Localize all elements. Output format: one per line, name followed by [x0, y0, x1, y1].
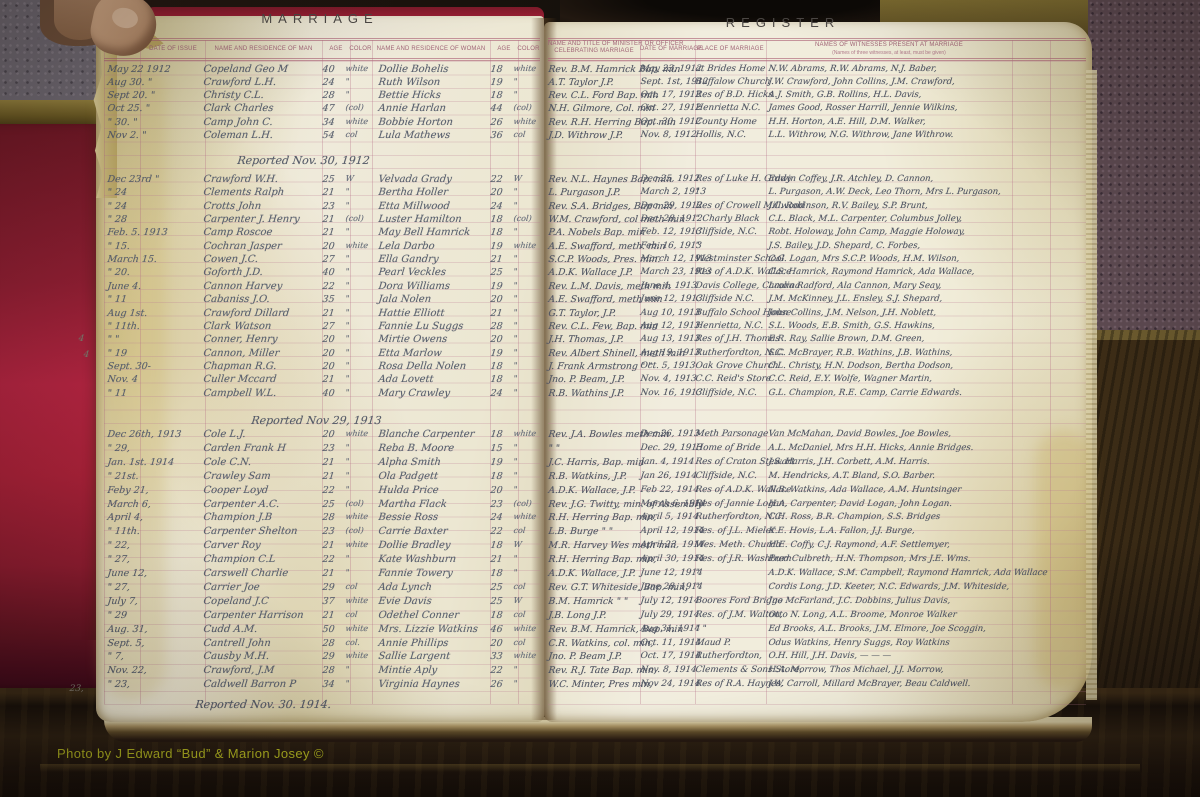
entry-man-color: white — [345, 64, 368, 73]
entry-woman-color: (col) — [513, 499, 532, 508]
entry-witnesses: J.W. Carroll, Millard McBrayer, Beau Cal… — [768, 679, 971, 689]
entry-man-color: white — [345, 540, 368, 549]
entry-man-color: W — [345, 174, 354, 183]
entry-woman-age: 19 — [490, 281, 503, 292]
entry-woman-color: " — [513, 554, 518, 563]
entry-witnesses: H.A. Morrow, Thos Michael, J.J. Morrow, — [768, 665, 944, 675]
entry-man-color: white — [345, 624, 368, 633]
entry-woman-name: Dollie Bradley — [378, 540, 451, 551]
entry-minister: L. Purgason J.P. — [548, 187, 621, 198]
entry-woman-age: 46 — [490, 624, 503, 635]
entry-man-color: col — [345, 610, 358, 619]
entry-witnesses: J.C. Robinson, R.V. Bailey, S.P. Brunt, — [768, 201, 928, 211]
entry-date-of-marriage: Oct. 17, 1912 — [640, 90, 702, 100]
entry-woman-color: " — [513, 227, 518, 236]
entry-man-name: Crawley Sam — [203, 471, 271, 482]
entry-man-color: " — [345, 388, 350, 397]
entry-man-name: Champion J.B — [203, 512, 273, 523]
entry-witnesses: John Collins, J.M. Nelson, J.H. Noblett, — [768, 308, 937, 318]
entry-woman-name: Etta Millwood — [378, 201, 450, 212]
entry-woman-color: white — [513, 624, 536, 633]
entry-date-of-issue: June 12, — [107, 568, 148, 579]
entry-man-name: Crawford Dillard — [203, 308, 290, 319]
entry-man-name: Causby M.H. — [203, 651, 270, 662]
entry-man-color: (col) — [345, 103, 364, 112]
entry-date-of-marriage: Jan. 4, 1914 — [640, 457, 695, 467]
entry-man-age: 28 — [322, 665, 335, 676]
entry-date-of-issue: Nov. 22, — [107, 665, 148, 676]
entry-place-of-marriage: at Brides Home — [695, 64, 766, 74]
entry-date-of-marriage: Feb. 16, 1913 — [640, 241, 702, 251]
entry-date-of-issue: " 28 — [107, 214, 128, 225]
entry-woman-name: Bessie Ross — [378, 512, 439, 523]
entry-woman-name: Lela Darbo — [378, 241, 435, 252]
entry-woman-age: 18 — [490, 610, 503, 621]
entry-man-age: 34 — [322, 117, 335, 128]
entry-date-of-issue: Dec 23rd " — [107, 174, 160, 185]
entry-man-age: 22 — [322, 485, 335, 496]
entry-date-of-issue: Dec 26th, 1913 — [107, 429, 182, 440]
entry-woman-color: " — [513, 679, 518, 688]
entry-man-name: Cudd A.M. — [203, 624, 258, 635]
entry-witnesses: H.A. Carpenter, David Logan, John Logan. — [768, 499, 953, 509]
entry-date-of-issue: Aug 30. " — [107, 77, 153, 88]
entry-woman-age: 22 — [490, 174, 503, 185]
entry-man-color: " — [345, 267, 350, 276]
entry-woman-name: Martha Flack — [378, 499, 447, 510]
entry-date-of-issue: " 20. — [107, 267, 131, 278]
entry-man-name: Carpenter Shelton — [203, 526, 298, 537]
entry-man-color: " — [345, 679, 350, 688]
entry-woman-name: Virginia Haynes — [378, 679, 460, 690]
entry-woman-color: " — [513, 443, 518, 452]
entry-woman-color: " — [513, 471, 518, 480]
entry-reported-line: Reported Nov 29, 1913 — [251, 414, 383, 427]
entry-man-color: " — [345, 227, 350, 236]
entry-witnesses: Odus Watkins, Henry Suggs, Roy Watkins — [768, 638, 950, 648]
entry-man-name: Conner, Henry — [203, 334, 278, 345]
entry-man-color: col — [345, 582, 358, 591]
entry-woman-name: Hulda Price — [378, 485, 439, 496]
entry-woman-name: Ada Lovett — [378, 374, 434, 385]
entry-witnesses: K.E. Hovis, L.A. Fallon, J.J. Burge, — [768, 526, 915, 536]
entry-date-of-issue: " 27, — [107, 554, 131, 565]
entry-man-name: Cantrell John — [203, 638, 271, 649]
entry-place-of-marriage: Cliffside, N.C. — [695, 471, 758, 481]
entry-place-of-marriage: " Charly Black — [695, 214, 760, 224]
entry-man-name: Cole L.J. — [203, 429, 246, 440]
entry-woman-age: 26 — [490, 117, 503, 128]
entry-woman-age: 19 — [490, 77, 503, 88]
entry-man-name: Cochran Jasper — [203, 241, 282, 252]
entry-date-of-marriage: Oct. 5, 1913 — [640, 361, 696, 371]
entry-place-of-marriage: Cliffside, N.C. — [695, 227, 758, 237]
entry-woman-name: Blanche Carpenter — [378, 429, 475, 440]
entry-man-name: Culler Mccard — [203, 374, 277, 385]
entry-man-age: 29 — [322, 651, 335, 662]
entry-place-of-marriage: Henrietta N.C. — [695, 103, 761, 113]
entry-date-of-marriage: Oct. 27, 1912 — [640, 103, 702, 113]
entry-man-age: 21 — [322, 214, 335, 225]
entry-man-color: " — [345, 321, 350, 330]
entry-man-age: 28 — [322, 638, 335, 649]
entry-witnesses: S.L. Woods, E.B. Smith, G.S. Hawkins, — [768, 321, 935, 331]
entry-man-age: 22 — [322, 554, 335, 565]
entry-man-age: 40 — [322, 64, 335, 75]
entry-woman-color: " — [513, 388, 518, 397]
entry-man-age: 35 — [322, 294, 335, 305]
entry-man-name: Clark Charles — [203, 103, 274, 114]
entry-place-of-marriage: Home of Bride — [695, 443, 761, 453]
entry-date-of-issue: " 11 — [107, 388, 128, 399]
entry-date-of-issue: July 7, — [107, 596, 139, 607]
entry-witnesses: C.H. Ross, B.R. Champion, S.S. Bridges — [768, 512, 941, 522]
entry-woman-color: " — [513, 665, 518, 674]
entry-date-of-marriage: July 29, 1914 — [640, 610, 700, 620]
entry-man-age: 23 — [322, 526, 335, 537]
entry-man-name: Coleman L.H. — [203, 130, 274, 141]
entry-man-name: Carver Roy — [203, 540, 261, 551]
entry-date-of-marriage: Aug 31, 1914 — [640, 624, 701, 634]
entry-place-of-marriage: County Home — [695, 117, 757, 127]
entry-date-of-issue: " 7, — [107, 651, 125, 662]
entry-margin-mark: 4 — [78, 334, 85, 344]
entry-minister: " " — [548, 443, 561, 454]
entry-man-age: 25 — [322, 174, 335, 185]
entry-man-age: 47 — [322, 103, 335, 114]
entry-man-name: Crawford W.H. — [203, 174, 279, 185]
entry-woman-age: 18 — [490, 540, 503, 551]
entry-man-age: 21 — [322, 457, 335, 468]
entry-man-age: 20 — [322, 361, 335, 372]
entry-date-of-issue: Aug. 31, — [107, 624, 148, 635]
entry-woman-name: Ola Padgett — [378, 471, 439, 482]
entry-woman-color: " — [513, 374, 518, 383]
entry-date-of-issue: " 11 — [107, 294, 128, 305]
entry-woman-color: " — [513, 308, 518, 317]
entry-date-of-issue: April 4, — [107, 512, 144, 523]
entry-man-age: 23 — [322, 443, 335, 454]
entry-woman-color: " — [513, 281, 518, 290]
entry-woman-age: 24 — [490, 512, 503, 523]
entry-woman-age: 21 — [490, 554, 503, 565]
entry-man-color: " — [345, 485, 350, 494]
entry-man-age: 21 — [322, 568, 335, 579]
entry-woman-name: Etta Marlow — [378, 348, 442, 359]
entry-woman-color: " — [513, 201, 518, 210]
entry-date-of-issue: Nov. 4 — [107, 374, 139, 385]
entry-minister: A.D.K. Wallace J.P. — [548, 267, 633, 278]
entry-man-age: 25 — [322, 499, 335, 510]
entry-date-of-marriage: Nov. 8, 1912 — [640, 130, 697, 140]
entry-woman-color: white — [513, 651, 536, 660]
entry-man-color: " — [345, 294, 350, 303]
entry-woman-age: 26 — [490, 679, 503, 690]
entry-date-of-marriage: June 28, 1914 — [640, 582, 703, 592]
entry-date-of-marriage: Feb. 12, 1913 — [640, 227, 702, 237]
entry-man-name: Chapman R.G. — [203, 361, 277, 372]
entry-man-name: Carden Frank H — [203, 443, 287, 454]
entry-margin-mark: 23, — [69, 684, 84, 694]
entry-witnesses: Otto N. Long, A.L. Broome, Monroe Walker — [768, 610, 957, 620]
entry-date-of-issue: " 23, — [107, 679, 131, 690]
entry-man-color: white — [345, 512, 368, 521]
entry-woman-name: Annie Harlan — [378, 103, 447, 114]
entry-woman-color: " — [513, 187, 518, 196]
entry-woman-name: Pearl Veckles — [378, 267, 447, 278]
entry-man-color: white — [345, 651, 368, 660]
entry-woman-name: Bertha Holler — [378, 187, 449, 198]
entry-woman-color: (col) — [513, 214, 532, 223]
entry-woman-color: " — [513, 457, 518, 466]
entry-place-of-marriage: " " — [695, 624, 707, 634]
entry-woman-age: 19 — [490, 348, 503, 359]
entry-man-color: col. — [345, 638, 360, 647]
entry-date-of-marriage: Aug 12, 1913 — [640, 321, 701, 331]
entry-man-age: 21 — [322, 374, 335, 385]
entry-minister: R.B. Watkins, J.P. — [548, 471, 628, 482]
entry-woman-color: white — [513, 241, 536, 250]
entry-witnesses: Fred Culbreth, H.N. Thompson, Mrs J.E. W… — [768, 554, 971, 564]
entry-woman-color: " — [513, 334, 518, 343]
entry-date-of-issue: " 24 — [107, 201, 128, 212]
entry-date-of-marriage: Oct. 11, 1914 — [640, 638, 702, 648]
entry-man-age: 22 — [322, 281, 335, 292]
entry-woman-color: W — [513, 596, 522, 605]
entry-man-age: 21 — [322, 308, 335, 319]
entry-woman-age: 15 — [490, 443, 503, 454]
entry-woman-color: white — [513, 117, 536, 126]
entry-woman-age: 44 — [490, 103, 503, 114]
entry-date-of-issue: Aug 1st. — [107, 308, 148, 319]
entry-man-name: Crawford, J.M — [203, 665, 275, 676]
entry-date-of-issue: " 11th. — [107, 526, 141, 537]
entry-man-age: 29 — [322, 582, 335, 593]
entry-woman-name: Ruth Wilson — [378, 77, 441, 88]
entry-man-age: 21 — [322, 610, 335, 621]
entry-place-of-marriage: Cliffside, N.C. — [695, 388, 758, 398]
entry-man-age: 20 — [322, 348, 335, 359]
entry-reported-line: Reported Nov. 30. 1914. — [195, 698, 332, 711]
entry-minister: A.T. Taylor J.P. — [548, 77, 614, 88]
entry-man-color: " — [345, 334, 350, 343]
entry-date-of-issue: " 15. — [107, 241, 131, 252]
entry-date-of-issue: " 11th. — [107, 321, 141, 332]
entry-woman-age: 18 — [490, 214, 503, 225]
entry-date-of-issue: " 29 — [107, 610, 128, 621]
entry-woman-name: Odethel Conner — [378, 610, 460, 621]
entry-man-age: 21 — [322, 187, 335, 198]
entry-woman-name: Hattie Elliott — [378, 308, 445, 319]
entry-witnesses: H.E. Coffy, C.J. Raymond, A.F. Settlemye… — [768, 540, 950, 550]
entry-woman-name: Dora Williams — [378, 281, 451, 292]
entry-woman-name: Jala Nolen — [378, 294, 432, 305]
entry-witnesses: James Good, Rosser Harrill, Jennie Wilki… — [768, 103, 958, 113]
entry-minister: Jno. P. Beam, J.P. — [548, 374, 625, 385]
entry-woman-color: " — [513, 77, 518, 86]
entry-man-name: Cannon, Miller — [203, 348, 280, 359]
entry-date-of-issue: May 22 1912 — [107, 64, 171, 75]
entry-man-name: Cabaniss J.O. — [203, 294, 270, 305]
entry-woman-age: 21 — [490, 308, 503, 319]
entry-woman-name: Kate Washburn — [378, 554, 457, 565]
entry-man-color: " — [345, 254, 350, 263]
entry-woman-color: " — [513, 361, 518, 370]
entry-man-age: 21 — [322, 540, 335, 551]
entry-date-of-marriage: Dec 25, 1912 — [640, 174, 700, 184]
entry-man-age: 20 — [322, 334, 335, 345]
entry-date-of-marriage: Aug 10, 1913 — [640, 308, 701, 318]
entry-woman-name: Luster Hamilton — [378, 214, 462, 225]
entry-woman-age: 19 — [490, 241, 503, 252]
entry-man-name: Camp Roscoe — [203, 227, 273, 238]
entry-woman-age: 23 — [490, 499, 503, 510]
entry-date-of-issue: March 6, — [107, 499, 152, 510]
entry-woman-name: Ada Lynch — [378, 582, 433, 593]
entry-woman-color: white — [513, 512, 536, 521]
handwritten-entries-layer: May 22 1912Copeland Geo M40whiteDollie B… — [0, 0, 1200, 797]
entry-date-of-issue: Nov 2. " — [107, 130, 147, 141]
entry-man-age: 27 — [322, 254, 335, 265]
entry-woman-age: 22 — [490, 665, 503, 676]
entry-witnesses: Edwin Coffey, J.R. Atchley, D. Cannon, — [768, 174, 934, 184]
entry-man-name: Clements Ralph — [203, 187, 285, 198]
entry-man-name: Copeland Geo M — [203, 64, 289, 75]
entry-minister: R.B. Wathins J.P. — [548, 388, 625, 399]
entry-man-name: Champion C.L — [203, 554, 276, 565]
entry-place-of-marriage: Rutherfordton, — [695, 651, 763, 661]
entry-date-of-marriage: June 12, 1914 — [640, 568, 703, 578]
entry-woman-age: 21 — [490, 254, 503, 265]
entry-woman-age: 36 — [490, 130, 503, 141]
entry-date-of-marriage: June 12, 1913 — [640, 294, 703, 304]
entry-man-age: 21 — [322, 471, 335, 482]
entry-man-age: 20 — [322, 429, 335, 440]
entry-man-age: 34 — [322, 679, 335, 690]
entry-date-of-marriage: Aug 19, 1913 — [640, 348, 701, 358]
entry-date-of-marriage: May 23, 1912 — [640, 64, 702, 74]
entry-minister: J. Frank Armstrong " " — [548, 361, 653, 372]
entry-witnesses: C.C. Reid, E.Y. Wolfe, Wagner Martin, — [768, 374, 933, 384]
entry-woman-name: Alpha Smith — [378, 457, 442, 468]
entry-man-name: Copeland J.C — [203, 596, 269, 607]
entry-witnesses: Laura Radford, Ala Cannon, Mary Seay, — [768, 281, 942, 291]
entry-woman-age: 25 — [490, 596, 503, 607]
entry-place-of-marriage: Henrietta, N.C. — [695, 321, 764, 331]
entry-woman-color: col — [513, 638, 526, 647]
entry-minister: J.D. Withrow J.P. — [548, 130, 624, 141]
entry-woman-name: Dollie Bohelis — [378, 64, 449, 75]
entry-woman-age: 18 — [490, 568, 503, 579]
entry-witnesses: C.L. Christy, H.N. Dodson, Bertha Dodson… — [768, 361, 954, 371]
entry-minister: J.C. Harris, Bap. min — [548, 457, 645, 468]
entry-woman-name: Fannie Lu Suggs — [378, 321, 464, 332]
entry-woman-name: Bobbie Horton — [378, 117, 454, 128]
entry-witnesses: S.C. McBrayer, R.B. Wathins, J.B. Wathin… — [768, 348, 953, 358]
entry-man-color: " — [345, 201, 350, 210]
entry-woman-age: 33 — [490, 651, 503, 662]
entry-place-of-marriage: Res of B.D. Hicks — [695, 90, 773, 100]
entry-witnesses: J.S. Bailey, J.D. Shepard, C. Forbes, — [768, 241, 921, 251]
entry-witnesses: E.R. Ray, Sallie Brown, D.M. Green, — [768, 334, 925, 344]
entry-minister: C.R. Watkins, col. min, — [548, 638, 654, 649]
entry-witnesses: Van McMahan, David Bowles, Joe Bowles, — [768, 429, 952, 439]
entry-witnesses: A.J. Smith, G.B. Rollins, H.L. Davis, — [768, 90, 922, 100]
entry-date-of-marriage: Nov. 8, 1914 — [640, 665, 697, 675]
entry-witnesses: Ed Brooks, A.L. Brooks, J.M. Elmore, Joe… — [768, 624, 986, 634]
entry-man-name: Goforth J.D. — [203, 267, 264, 278]
entry-date-of-marriage: Dec 26, 1913 — [640, 429, 700, 439]
entry-woman-color: W — [513, 174, 522, 183]
entry-date-of-issue: " 27, — [107, 582, 131, 593]
entry-man-color: " — [345, 308, 350, 317]
entry-date-of-issue: March 15. — [107, 254, 158, 265]
entry-witnesses: A.D.K. Wallace, S.M. Campbell, Raymond H… — [768, 568, 1048, 578]
entry-man-color: " — [345, 187, 350, 196]
entry-date-of-marriage: Oct. 17, 1914 — [640, 651, 702, 661]
entry-woman-name: Mintie Aply — [378, 665, 438, 676]
entry-man-name: Christy C.L. — [203, 90, 264, 101]
entry-man-age: 24 — [322, 77, 335, 88]
entry-minister: L.B. Burge " " — [548, 526, 613, 537]
entry-place-of-marriage: Hollis, N.C. — [695, 130, 747, 140]
entry-witnesses: O.H. Hill, J.H. Davis, — — — — [768, 651, 892, 661]
entry-woman-age: 18 — [490, 90, 503, 101]
entry-date-of-marriage: April 5, 1914 — [640, 512, 699, 522]
entry-minister: J.B. Long J.P. — [548, 610, 607, 621]
entry-woman-name: Sallie Largent — [378, 651, 451, 662]
entry-minister: Jno. P. Beam J.P. — [548, 651, 623, 662]
entry-man-age: 28 — [322, 512, 335, 523]
entry-woman-color: col — [513, 130, 526, 139]
entry-date-of-issue: " 29, — [107, 443, 131, 454]
entry-witnesses: J.M. McKinney, J.L. Ensley, S.J. Shepard… — [768, 294, 943, 304]
entry-man-name: Carpenter J. Henry — [203, 214, 300, 225]
entry-man-age: 20 — [322, 241, 335, 252]
entry-date-of-issue: " " — [107, 334, 120, 345]
entry-man-name: Camp John C. — [203, 117, 273, 128]
entry-man-color: white — [345, 429, 368, 438]
entry-woman-color: " — [513, 294, 518, 303]
entry-man-name: Carrier Joe — [203, 582, 260, 593]
entry-woman-age: 20 — [490, 334, 503, 345]
entry-woman-age: 18 — [490, 361, 503, 372]
entry-woman-age: 28 — [490, 321, 503, 332]
entry-man-color: " — [345, 665, 350, 674]
entry-minister: J.H. Thomas, J.P. — [548, 334, 624, 345]
entry-date-of-issue: Sept. 5, — [107, 638, 145, 649]
entry-man-color: white — [345, 596, 368, 605]
entry-minister: G.T. Taylor, J.P. — [548, 308, 617, 319]
entry-woman-name: Rosa Della Nolen — [378, 361, 467, 372]
entry-woman-name: Lula Mathews — [378, 130, 451, 141]
entry-witnesses: C.S. Hamrick, Raymond Hamrick, Ada Walla… — [768, 267, 975, 277]
entry-woman-age: 19 — [490, 457, 503, 468]
entry-woman-color: col — [513, 582, 526, 591]
entry-man-name: Carswell Charlie — [203, 568, 289, 579]
entry-woman-color: white — [513, 429, 536, 438]
entry-woman-age: 25 — [490, 582, 503, 593]
entry-date-of-issue: Feby 21, — [107, 485, 149, 496]
entry-date-of-marriage: Nov. 4, 1913 — [640, 374, 697, 384]
entry-minister: A.D.K. Wallace, J.P. — [548, 485, 636, 496]
entry-woman-name: Evie Davis — [378, 596, 432, 607]
entry-date-of-marriage: June 4, 1913 — [640, 281, 697, 291]
entry-minister: A.D.K. Wallace, J.P. — [548, 568, 636, 579]
entry-man-name: Caldwell Barron P — [203, 679, 297, 690]
entry-woman-age: 18 — [490, 227, 503, 238]
entry-man-color: (col) — [345, 214, 364, 223]
